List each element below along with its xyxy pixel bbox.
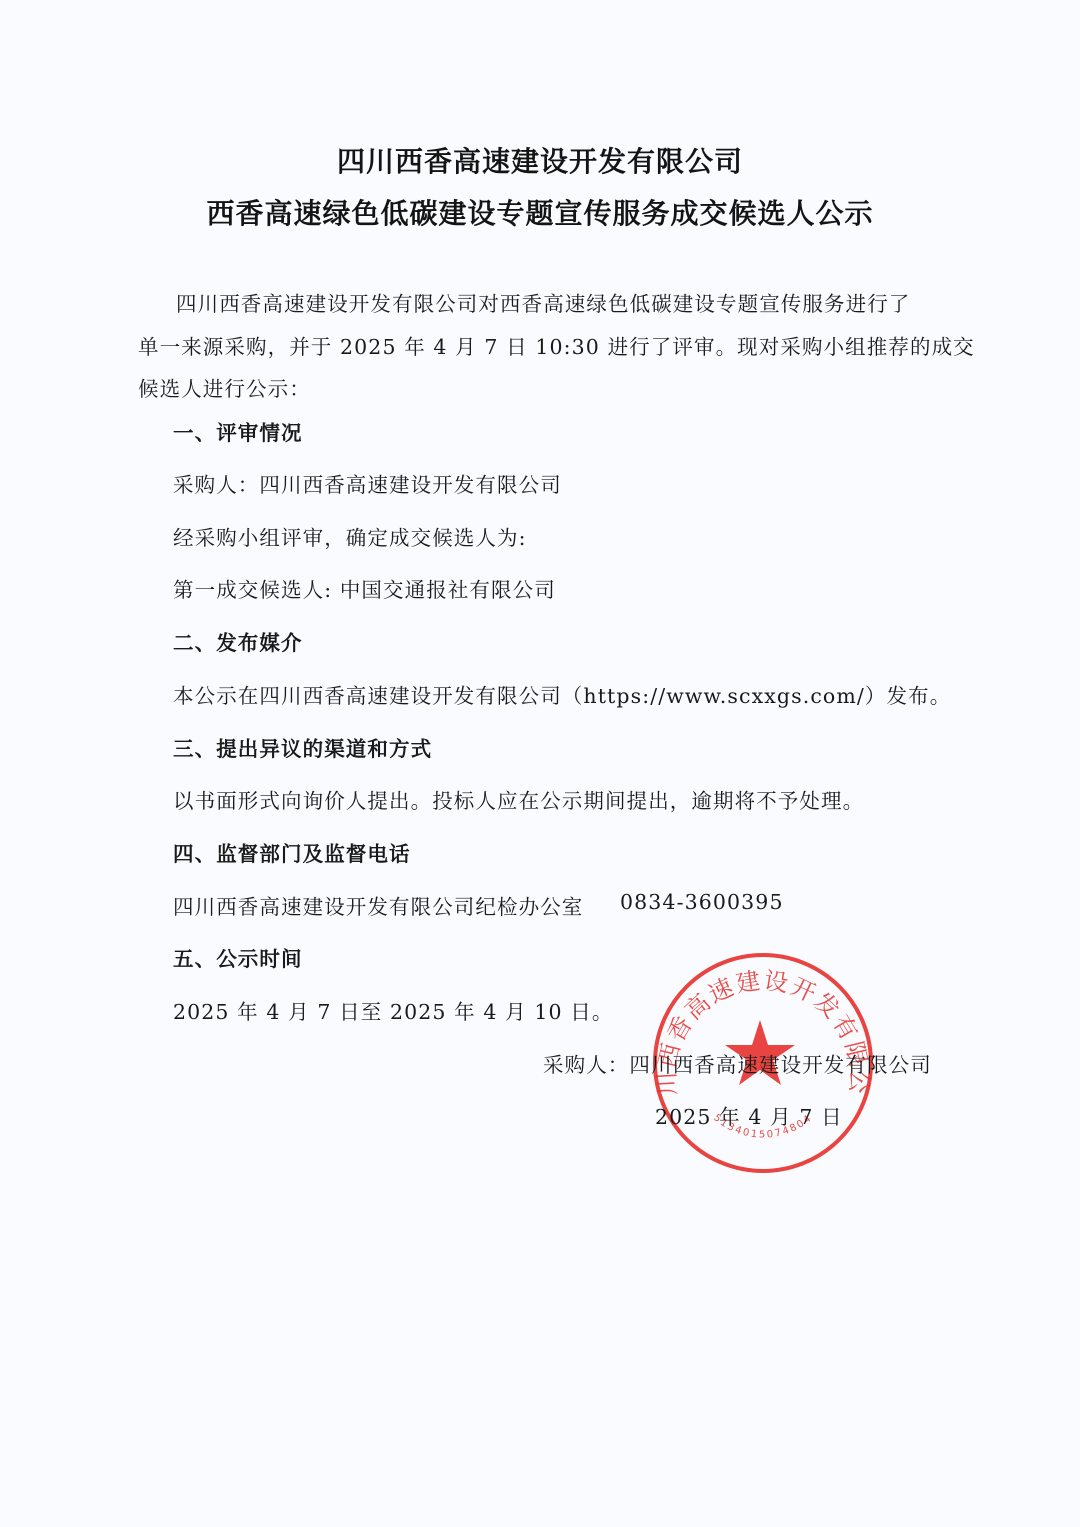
review-result-line: 经采购小组评审，确定成交候选人为: [173,521,527,551]
document-title-subject: 西香高速绿色低碳建设专题宣传服务成交候选人公示 [0,192,1080,232]
supervision-phone: 0834-3600395 [620,890,784,914]
signature-purchaser: 采购人：四川西香高速建设开发有限公司 [543,1048,932,1078]
section-heading-period: 五、公示时间 [173,942,303,972]
intro-paragraph-line-3: 候选人进行公示： [138,372,311,402]
section-heading-objection: 三、提出异议的渠道和方式 [173,732,432,762]
signature-date: 2025 年 4 月 7 日 [655,1100,843,1130]
intro-paragraph-line-2: 单一来源采购，并于 2025 年 4 月 7 日 10:30 进行了评审。现对采… [138,330,975,360]
intro-paragraph-line-1: 四川西香高速建设开发有限公司对西香高速绿色低碳建设专题宣传服务进行了 [176,287,910,317]
section-heading-media: 二、发布媒介 [173,626,303,656]
objection-method-line: 以书面形式向询价人提出。投标人应在公示期间提出，逾期将不予处理。 [173,784,864,814]
purchaser-line: 采购人：四川西香高速建设开发有限公司 [173,468,562,498]
supervision-department: 四川西香高速建设开发有限公司纪检办公室 [173,890,583,920]
publicity-period-line: 2025 年 4 月 7 日至 2025 年 4 月 10 日。 [173,995,613,1025]
section-heading-review: 一、评审情况 [173,416,303,446]
publication-media-line: 本公示在四川西香高速建设开发有限公司（https://www.scxxgs.co… [173,679,951,709]
document-title-company: 四川西香高速建设开发有限公司 [0,140,1080,180]
section-heading-supervision: 四、监督部门及监督电话 [173,837,411,867]
first-candidate-line: 第一成交候选人: 中国交通报社有限公司 [173,573,556,603]
